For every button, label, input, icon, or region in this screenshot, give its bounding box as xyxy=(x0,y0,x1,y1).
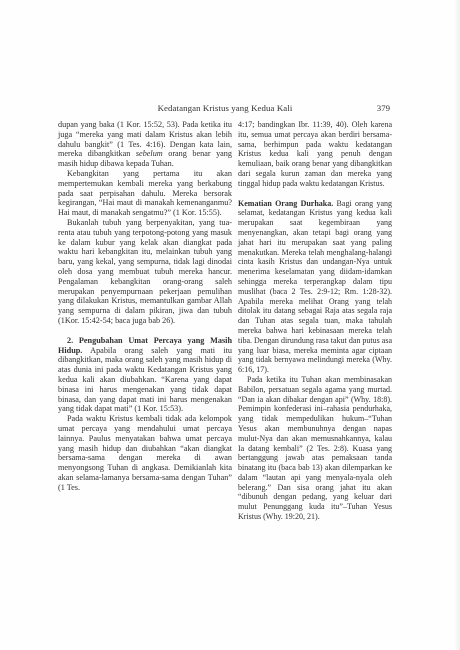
text-run: Apabila orang saleh yang mati itu dibang… xyxy=(58,346,232,414)
scan-edge-shading xyxy=(454,0,460,650)
paragraph-transformation-of-living: 2. Pengubahan Umat Percaya yang Masih Hi… xyxy=(58,336,232,414)
running-head: Kedatangan Kristus yang Kedua Kali 379 xyxy=(58,103,392,115)
paragraph-babylon-destroyed: Pada ketika itu Tuhan akan membinasakan … xyxy=(238,375,392,522)
running-head-title: Kedatangan Kristus yang Kedua Kali xyxy=(58,103,392,113)
paragraph-new-body: Bukanlah tubuh yang berpenyakitan, yang … xyxy=(58,218,232,326)
book-page: Kedatangan Kristus yang Kedua Kali 379 d… xyxy=(0,0,460,650)
page-number: 379 xyxy=(377,103,390,113)
text-run: Bagi orang yang selamat, kedatangan Kris… xyxy=(238,199,392,375)
subheading-death-of-wicked: Kematian Orang Durhaka. xyxy=(238,199,333,208)
paragraph-death-of-wicked: Kematian Orang Durhaka. Bagi orang yang … xyxy=(238,199,392,375)
paragraph-together-continued: 4:17; bandingkan Ibr. 11:39, 40). Oleh k… xyxy=(238,120,392,189)
emphasized-word: sebelum xyxy=(136,149,163,158)
text-columns: dupan yang baka (1 Kor. 15:52, 53). Pada… xyxy=(58,120,392,522)
right-column: 4:17; bandingkan Ibr. 11:39, 40). Oleh k… xyxy=(238,120,392,522)
paragraph-reunion: Kebangkitan yang pertama itu akan memper… xyxy=(58,169,232,218)
left-column: dupan yang baka (1 Kor. 15:52, 53). Pada… xyxy=(58,120,232,522)
paragraph-caught-up-together: Pada waktu Kristus kembali tidak ada kel… xyxy=(58,414,232,492)
paragraph-resurrection-continued: dupan yang baka (1 Kor. 15:52, 53). Pada… xyxy=(58,120,232,169)
